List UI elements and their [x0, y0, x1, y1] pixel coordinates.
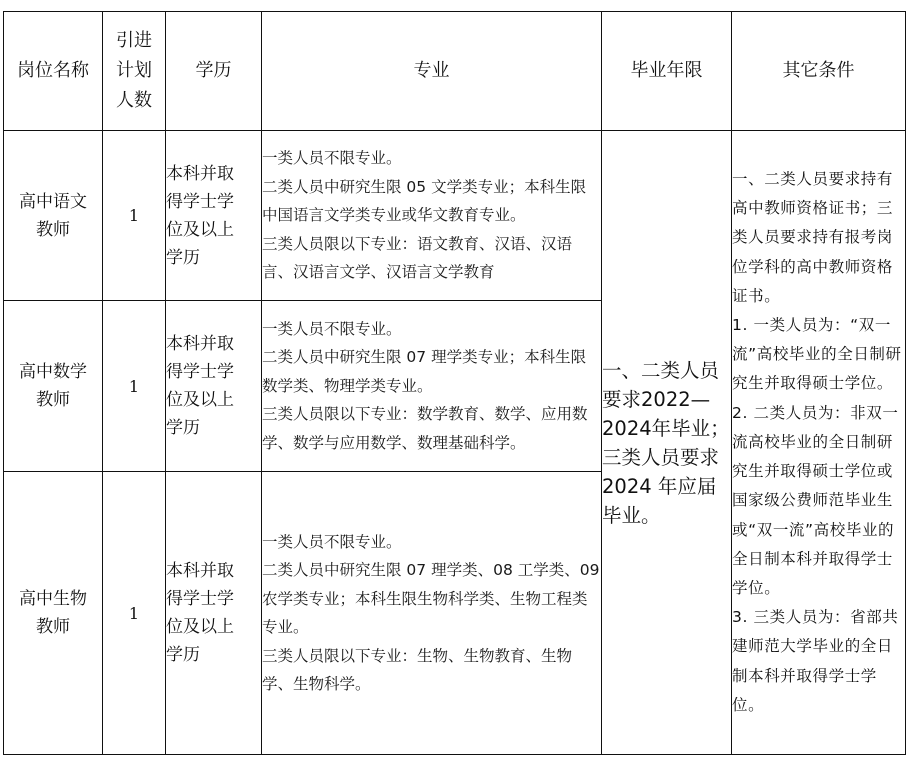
other-paragraph: 3. 三类人员为：省部共建师范大学毕业的全日制本科并取得学士学位。	[732, 603, 905, 720]
header-quota: 引进 计划 人数	[103, 12, 166, 131]
education-line: 位及以上	[166, 390, 234, 410]
position-cell: 高中语文 教师	[4, 131, 103, 301]
education-line: 得学士学	[166, 589, 234, 609]
major-paragraph: 一类人员不限专业。	[262, 528, 601, 557]
table-row-chinese: 高中语文 教师 1 本科并取 得学士学 位及以上 学历 一类人员不限专业。 二类…	[4, 131, 906, 301]
education-line: 学历	[166, 248, 200, 268]
header-quota-line: 引进	[116, 30, 152, 51]
major-cell: 一类人员不限专业。 二类人员中研究生限 07 理学类专业；本科生限数学类、物理学…	[262, 301, 602, 472]
header-row: 岗位名称 引进 计划 人数 学历 专业 毕业年限 其它条件	[4, 12, 906, 131]
major-paragraph: 三类人员限以下专业：数学教育、数学、应用数学、数学与应用数学、数理基础科学。	[262, 400, 601, 457]
header-education: 学历	[166, 12, 262, 131]
major-cell: 一类人员不限专业。 二类人员中研究生限 07 理学类、08 工学类、09 农学类…	[262, 472, 602, 755]
position-line: 高中生物	[19, 589, 87, 609]
education-line: 位及以上	[166, 617, 234, 637]
position-line: 教师	[36, 220, 70, 240]
graduation-cell: 一、二类人员要求2022—2024年毕业；三类人员要求 2024 年应届毕业。	[602, 131, 732, 755]
major-paragraph: 一类人员不限专业。	[262, 144, 601, 173]
education-line: 本科并取	[166, 164, 234, 184]
education-line: 学历	[166, 645, 200, 665]
major-paragraph: 一类人员不限专业。	[262, 315, 601, 344]
education-cell: 本科并取 得学士学 位及以上 学历	[166, 131, 262, 301]
major-paragraph: 三类人员限以下专业：语文教育、汉语、汉语言、汉语言文学、汉语言文学教育	[262, 230, 601, 287]
education-cell: 本科并取 得学士学 位及以上 学历	[166, 472, 262, 755]
major-paragraph: 二类人员中研究生限 05 文学类专业；本科生限中国语言文学类专业或华文教育专业。	[262, 173, 601, 230]
header-other: 其它条件	[732, 12, 906, 131]
header-graduation: 毕业年限	[602, 12, 732, 131]
position-cell: 高中生物 教师	[4, 472, 103, 755]
major-paragraph: 二类人员中研究生限 07 理学类、08 工学类、09 农学类专业；本科生限生物科…	[262, 556, 601, 642]
major-paragraph: 三类人员限以下专业：生物、生物教育、生物学、生物科学。	[262, 642, 601, 699]
header-major: 专业	[262, 12, 602, 131]
position-line: 高中数学	[19, 362, 87, 382]
position-line: 教师	[36, 617, 70, 637]
major-cell: 一类人员不限专业。 二类人员中研究生限 05 文学类专业；本科生限中国语言文学类…	[262, 131, 602, 301]
education-line: 得学士学	[166, 192, 234, 212]
other-paragraph: 2. 二类人员为：非双一流高校毕业的全日制研究生并取得硕士学位或国家级公费师范毕…	[732, 399, 905, 603]
header-quota-line: 人数	[116, 90, 152, 111]
quota-cell: 1	[103, 301, 166, 472]
position-line: 高中语文	[19, 192, 87, 212]
quota-cell: 1	[103, 131, 166, 301]
position-line: 教师	[36, 390, 70, 410]
other-paragraph: 一、二类人员要求持有高中教师资格证书；三类人员要求持有报考岗位学科的高中教师资格…	[732, 165, 905, 311]
education-line: 位及以上	[166, 220, 234, 240]
education-line: 本科并取	[166, 561, 234, 581]
quota-cell: 1	[103, 472, 166, 755]
position-cell: 高中数学 教师	[4, 301, 103, 472]
major-paragraph: 二类人员中研究生限 07 理学类专业；本科生限数学类、物理学类专业。	[262, 343, 601, 400]
education-cell: 本科并取 得学士学 位及以上 学历	[166, 301, 262, 472]
header-quota-line: 计划	[116, 60, 152, 81]
recruitment-table: 岗位名称 引进 计划 人数 学历 专业 毕业年限 其它条件 高中语文 教师 1 …	[3, 11, 906, 755]
other-paragraph: 1. 一类人员为：“双一流”高校毕业的全日制研究生并取得硕士学位。	[732, 311, 905, 399]
other-conditions-cell: 一、二类人员要求持有高中教师资格证书；三类人员要求持有报考岗位学科的高中教师资格…	[732, 131, 906, 755]
education-line: 得学士学	[166, 362, 234, 382]
education-line: 学历	[166, 418, 200, 438]
header-position: 岗位名称	[4, 12, 103, 131]
education-line: 本科并取	[166, 334, 234, 354]
